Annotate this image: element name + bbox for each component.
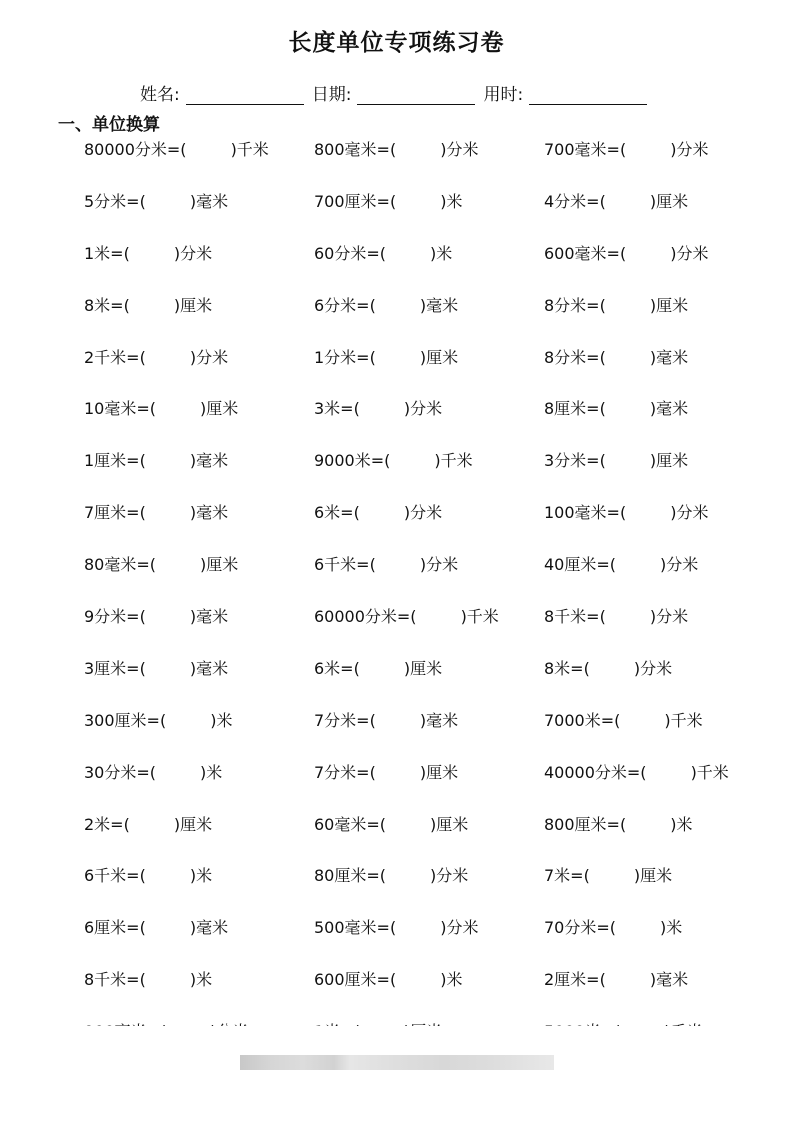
exercise-unit: )厘米 [200,555,238,574]
exercise-item: 6分米=()毫米 [314,294,458,318]
exercise-unit: )毫米 [650,348,688,367]
exercise-item: 7米=()厘米 [544,864,672,888]
exercise-question: 600厘米=( [314,970,396,989]
exercise-question: 7分米=( [314,711,376,730]
exercise-unit: )毫米 [420,711,458,730]
exercise-question: 6分米=( [314,296,376,315]
exercise-row: 8千米=()米600厘米=()米2厘米=()毫米 [84,968,784,1020]
exercise-item: 5分米=()毫米 [84,190,228,214]
exercise-item: 600毫米=()分米 [544,242,708,266]
exercise-question: 80000分米=( [84,140,187,159]
exercise-item: 6米=()分米 [314,501,442,525]
exercise-unit: )分米 [634,659,672,678]
name-blank[interactable] [186,86,304,105]
exercise-row: 6厘米=()毫米500毫米=()分米70分米=()米 [84,916,784,968]
exercise-item: 2千米=()分米 [84,346,228,370]
exercise-item: 300厘米=()米 [84,709,232,733]
date-label: 日期: [312,80,352,105]
exercise-question: 6米=( [314,659,360,678]
exercise-question: 7米=( [544,866,590,885]
exercise-item: 500毫米=()分米 [314,916,478,940]
exercise-unit: )千米 [664,711,702,730]
exercise-unit: )分米 [670,244,708,263]
exercise-item: 80毫米=()厘米 [84,553,238,577]
exercise-unit: )厘米 [634,866,672,885]
exercise-unit: )毫米 [420,296,458,315]
section-title: 一、单位换算 [58,110,160,135]
exercise-unit: )分米 [440,918,478,937]
exercise-item: 80000分米=()千米 [84,138,269,162]
exercise-item: 8千米=()分米 [544,605,688,629]
exercise-question: 3分米=( [544,451,606,470]
exercise-question: 8千米=( [544,607,606,626]
exercise-item: 6厘米=()毫米 [84,916,228,940]
exercise-question: 5分米=( [84,192,146,211]
name-label: 姓名: [140,80,180,105]
exercise-question: 300厘米=( [84,711,166,730]
exercise-item: 9分米=()毫米 [84,605,228,629]
exercise-item: 8米=()厘米 [84,294,212,318]
exercise-item: 7分米=()毫米 [314,709,458,733]
exercise-item: 8厘米=()毫米 [544,397,688,421]
exercise-unit: )厘米 [200,399,238,418]
exercise-unit: )毫米 [190,607,228,626]
exercise-question: 800厘米=( [544,815,626,834]
exercise-question: 9000米=( [314,451,390,470]
exercise-question: 7分米=( [314,763,376,782]
exercise-item: 9000米=()千米 [314,449,473,473]
exercise-row: 6千米=()米80厘米=()分米7米=()厘米 [84,864,784,916]
exercise-unit: )毫米 [190,918,228,937]
exercise-item: 8米=()分米 [544,657,672,681]
exercise-question: 1米=( [84,244,130,263]
exercise-row: 8米=()厘米6分米=()毫米8分米=()厘米 [84,294,784,346]
exercise-question: 6千米=( [314,555,376,574]
exercise-row: 80毫米=()厘米6千米=()分米40厘米=()分米 [84,553,784,605]
exercise-question: 100毫米=( [544,503,626,522]
exercise-question: 1米=( [314,1022,360,1026]
date-blank[interactable] [357,86,475,105]
exercise-item: 60分米=()米 [314,242,452,266]
exercise-unit: )千米 [231,140,269,159]
exercise-unit: )分米 [650,607,688,626]
exercise-unit: )米 [430,244,452,263]
exercise-question: 8分米=( [544,296,606,315]
exercise-question: 7000米=( [544,711,620,730]
exercise-question: 80毫米=( [84,555,156,574]
exercise-item: 100毫米=()分米 [544,501,708,525]
exercise-question: 900毫米=( [84,1022,166,1026]
exercise-unit: )米 [200,763,222,782]
exercise-unit: )米 [210,711,232,730]
exercise-item: 1厘米=()毫米 [84,449,228,473]
exercise-unit: )分米 [430,866,468,885]
exercise-unit: )米 [440,192,462,211]
exercise-row: 3厘米=()毫米6米=()厘米8米=()分米 [84,657,784,709]
exercise-unit: )分米 [660,555,698,574]
exercise-row: 10毫米=()厘米3米=()分米8厘米=()毫米 [84,397,784,449]
exercise-item: 80厘米=()分米 [314,864,468,888]
exercise-row: 2千米=()分米1分米=()厘米8分米=()毫米 [84,346,784,398]
exercise-row: 1厘米=()毫米9000米=()千米3分米=()厘米 [84,449,784,501]
exercise-item: 40000分米=()千米 [544,761,729,785]
exercise-item: 10毫米=()厘米 [84,397,238,421]
exercise-item: 8分米=()毫米 [544,346,688,370]
exercise-question: 700毫米=( [544,140,626,159]
exercise-question: 30分米=( [84,763,156,782]
exercise-row: 9分米=()毫米60000分米=()千米8千米=()分米 [84,605,784,657]
exercise-question: 5000米=( [544,1022,620,1026]
blurred-footer [240,1055,554,1070]
exercise-item: 3米=()分米 [314,397,442,421]
exercise-question: 1厘米=( [84,451,146,470]
exercise-grid: 80000分米=()千米800毫米=()分米700毫米=()分米5分米=()毫米… [84,138,784,1026]
exercise-unit: )千米 [434,451,472,470]
exercise-unit: )米 [660,918,682,937]
exercise-item: 8千米=()米 [84,968,212,992]
exercise-unit: )毫米 [190,503,228,522]
exercise-item: 700毫米=()分米 [544,138,708,162]
exercise-item: 8分米=()厘米 [544,294,688,318]
exercise-unit: )厘米 [650,296,688,315]
exercise-unit: )厘米 [174,815,212,834]
time-blank[interactable] [529,86,647,105]
exercise-question: 40000分米=( [544,763,647,782]
exercise-question: 10毫米=( [84,399,156,418]
exercise-question: 60分米=( [314,244,386,263]
exercise-item: 700厘米=()米 [314,190,462,214]
exercise-unit: )厘米 [650,451,688,470]
exercise-item: 2厘米=()毫米 [544,968,688,992]
exercise-unit: )毫米 [650,970,688,989]
exercise-unit: )分米 [190,348,228,367]
exercise-unit: )米 [190,866,212,885]
exercise-unit: )分米 [210,1022,248,1026]
exercise-unit: )毫米 [650,399,688,418]
exercise-row: 80000分米=()千米800毫米=()分米700毫米=()分米 [84,138,784,190]
exercise-row: 5分米=()毫米700厘米=()米4分米=()厘米 [84,190,784,242]
exercise-unit: )厘米 [650,192,688,211]
exercise-item: 4分米=()厘米 [544,190,688,214]
exercise-unit: )分米 [404,399,442,418]
exercise-item: 1米=()分米 [84,242,212,266]
exercise-unit: )米 [440,970,462,989]
exercise-item: 800厘米=()米 [544,813,692,837]
exercise-question: 3厘米=( [84,659,146,678]
exercise-question: 3米=( [314,399,360,418]
exercise-question: 500毫米=( [314,918,396,937]
exercise-item: 1米=()厘米 [314,1020,442,1026]
exercise-unit: )分米 [440,140,478,159]
exercise-question: 8米=( [544,659,590,678]
exercise-question: 60000分米=( [314,607,417,626]
exercise-item: 6千米=()米 [84,864,212,888]
exercise-unit: )千米 [664,1022,702,1026]
exercise-item: 3厘米=()毫米 [84,657,228,681]
exercise-unit: )米 [670,815,692,834]
exercise-unit: )厘米 [174,296,212,315]
exercise-question: 800毫米=( [314,140,396,159]
exercise-question: 700厘米=( [314,192,396,211]
exercise-unit: )毫米 [190,451,228,470]
exercise-item: 60000分米=()千米 [314,605,499,629]
exercise-item: 7厘米=()毫米 [84,501,228,525]
exercise-unit: )厘米 [404,659,442,678]
exercise-item: 6米=()厘米 [314,657,442,681]
exercise-question: 2厘米=( [544,970,606,989]
exercise-row: 900毫米=()分米1米=()厘米5000米=()千米 [84,1020,784,1026]
exercise-unit: )千米 [461,607,499,626]
exercise-question: 60毫米=( [314,815,386,834]
student-info-row: 姓名: 日期: 用时: [140,80,655,105]
exercise-unit: )毫米 [190,192,228,211]
exercise-question: 9分米=( [84,607,146,626]
exercise-unit: )毫米 [190,659,228,678]
exercise-question: 1分米=( [314,348,376,367]
exercise-question: 7厘米=( [84,503,146,522]
exercise-item: 3分米=()厘米 [544,449,688,473]
exercise-question: 8米=( [84,296,130,315]
exercise-item: 900毫米=()分米 [84,1020,248,1026]
exercise-unit: )厘米 [420,763,458,782]
exercise-item: 600厘米=()米 [314,968,462,992]
exercise-unit: )千米 [691,763,729,782]
exercise-item: 60毫米=()厘米 [314,813,468,837]
exercise-item: 5000米=()千米 [544,1020,703,1026]
exercise-unit: )分米 [670,140,708,159]
exercise-row: 2米=()厘米60毫米=()厘米800厘米=()米 [84,813,784,865]
exercise-unit: )分米 [174,244,212,263]
exercise-unit: )分米 [420,555,458,574]
exercise-row: 1米=()分米60分米=()米600毫米=()分米 [84,242,784,294]
exercise-question: 8千米=( [84,970,146,989]
exercise-item: 800毫米=()分米 [314,138,478,162]
exercise-question: 80厘米=( [314,866,386,885]
exercise-item: 30分米=()米 [84,761,222,785]
time-label: 用时: [483,80,523,105]
exercise-item: 70分米=()米 [544,916,682,940]
exercise-question: 6米=( [314,503,360,522]
exercise-item: 1分米=()厘米 [314,346,458,370]
exercise-unit: )厘米 [420,348,458,367]
exercise-unit: )分米 [670,503,708,522]
exercise-unit: )厘米 [430,815,468,834]
exercise-item: 40厘米=()分米 [544,553,698,577]
worksheet-title: 长度单位专项练习卷 [0,24,793,57]
exercise-question: 600毫米=( [544,244,626,263]
exercise-unit: )分米 [404,503,442,522]
exercise-item: 6千米=()分米 [314,553,458,577]
exercise-item: 7000米=()千米 [544,709,703,733]
exercise-item: 2米=()厘米 [84,813,212,837]
exercise-row: 300厘米=()米7分米=()毫米7000米=()千米 [84,709,784,761]
exercise-question: 2千米=( [84,348,146,367]
exercise-question: 40厘米=( [544,555,616,574]
exercise-question: 8分米=( [544,348,606,367]
exercise-question: 6千米=( [84,866,146,885]
exercise-question: 4分米=( [544,192,606,211]
exercise-question: 8厘米=( [544,399,606,418]
exercise-question: 2米=( [84,815,130,834]
exercise-row: 7厘米=()毫米6米=()分米100毫米=()分米 [84,501,784,553]
exercise-row: 30分米=()米7分米=()厘米40000分米=()千米 [84,761,784,813]
exercise-question: 6厘米=( [84,918,146,937]
exercise-question: 70分米=( [544,918,616,937]
exercise-unit: )米 [190,970,212,989]
exercise-item: 7分米=()厘米 [314,761,458,785]
exercise-unit: )厘米 [404,1022,442,1026]
